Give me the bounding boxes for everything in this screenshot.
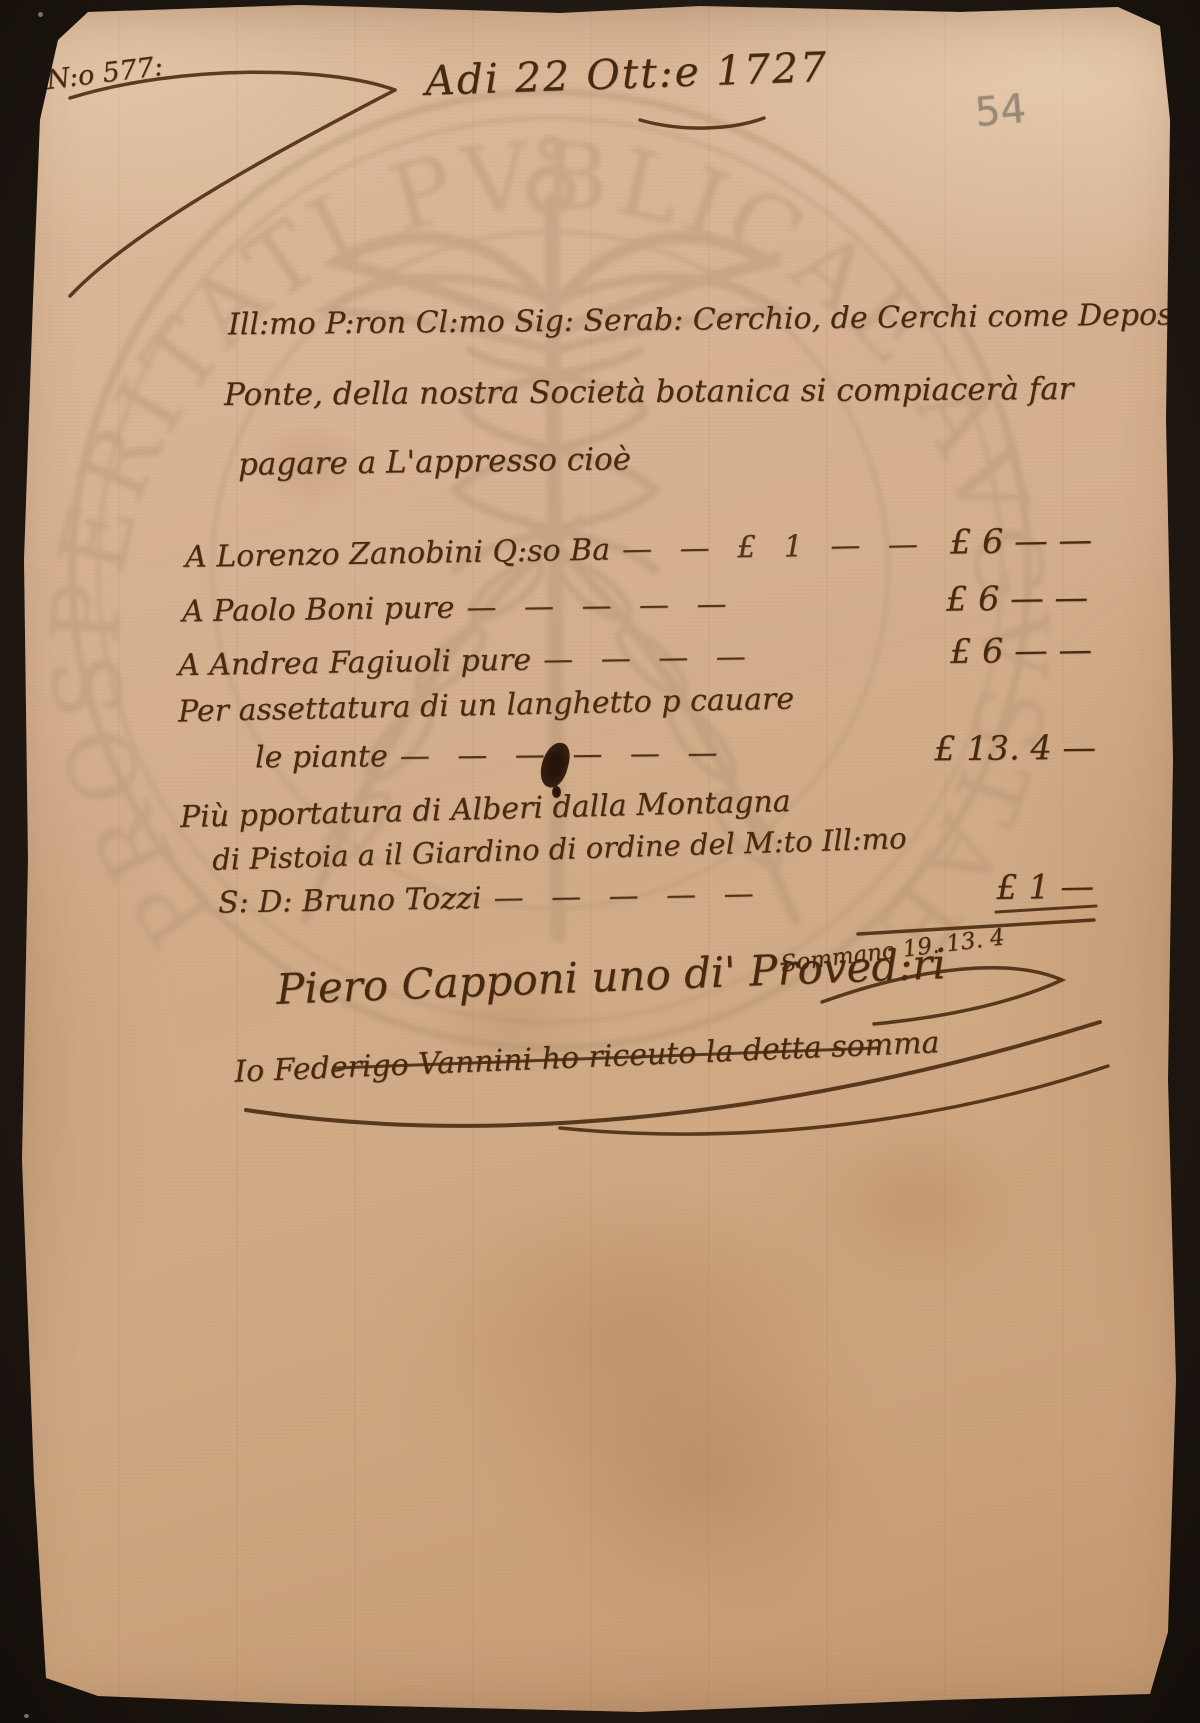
body-line-3: pagare a L'appresso cioè (238, 441, 632, 482)
payment-item-row: A Lorenzo Zanobini Q:so Ba — — £ 1 — — £… (185, 520, 1093, 575)
item-label: A Andrea Fagiuoli pure (178, 643, 532, 684)
signature-capponi: Piero Capponi uno di' Proved:ri (275, 939, 946, 1014)
item-amount: £ 6 — — (950, 630, 1093, 671)
item-label: S: D: Bruno Tozzi (218, 881, 482, 921)
payment-item-row: le piante — — — — — — £ 13. 4 — (255, 728, 1096, 776)
salutation-line: Ill:mo P:ron Cl:mo Sig: Serab: Cerchio, … (228, 297, 1200, 343)
item-dashes: — — — — — (454, 584, 946, 626)
item-dashes: — — — — — — (388, 733, 935, 774)
dust-speck (38, 12, 43, 17)
item-label: A Paolo Boni pure (182, 591, 455, 630)
paper-stain (820, 1120, 1020, 1280)
item-amount: £ 1 — (996, 866, 1094, 907)
dust-speck (24, 1714, 29, 1718)
paper-stain (430, 1180, 850, 1480)
item-label: le piante (255, 739, 388, 775)
payment-item-row: Per assettatura di un langhetto p cauare (178, 682, 795, 730)
item-dashes: — — — — (531, 636, 950, 678)
signature-vannini: Io Federigo Vannini ho riceuto la detta … (234, 1025, 941, 1090)
folio-number: 54 (973, 86, 1028, 136)
date-line: Adi 22 Ott:e 1727 (424, 43, 829, 105)
item-label: A Lorenzo Zanobini Q:so Ba (185, 532, 611, 574)
item-amount: £ 6 — — (946, 578, 1088, 619)
body-line-2: Ponte, della nostra Società botanica si … (224, 371, 1074, 413)
paper-sheet: PROSPERITATI PVBLICAE AVGVSTAE (0, 0, 1200, 1723)
payment-item-row: S: D: Bruno Tozzi — — — — — £ 1 — (218, 866, 1095, 920)
ink-blot (552, 786, 561, 798)
item-amount: £ 13. 4 — (934, 728, 1096, 769)
item-dashes: — — — — — (481, 872, 996, 916)
item-amount: £ 6 — — (950, 520, 1093, 561)
ref-number: N:o 577: (45, 51, 165, 96)
payment-item-row: A Paolo Boni pure — — — — — £ 6 — — (182, 578, 1088, 630)
paper-stain (560, 1360, 860, 1590)
payment-item-row: A Andrea Fagiuoli pure — — — — £ 6 — — (178, 630, 1092, 683)
item-dashes: — — £ 1 — — (610, 527, 951, 568)
